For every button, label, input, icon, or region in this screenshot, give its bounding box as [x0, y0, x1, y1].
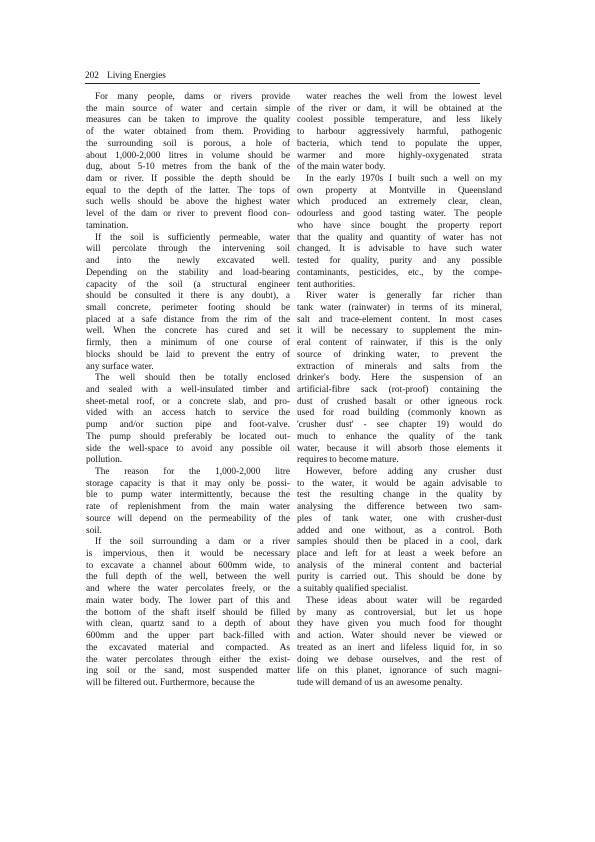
- text-line: the main source of water and certain sim…: [86, 104, 290, 116]
- text-line: tude will demand of us an awesome penalt…: [297, 678, 502, 690]
- text-line: 600mm and the upper part back-filled wit…: [86, 631, 290, 643]
- text-line: and into the newly excavated well.: [86, 256, 290, 268]
- text-line: of the water obtained from them. Providi…: [86, 127, 290, 139]
- text-line: and sealed with a well-insulated timber …: [86, 385, 290, 397]
- paragraph: However, before adding any crusher dustt…: [297, 467, 502, 596]
- paragraph: If the soil is sufficiently permeable, w…: [86, 233, 290, 374]
- paragraph: water reaches the well from the lowest l…: [297, 92, 502, 174]
- text-line: who have since bought the property repor…: [297, 221, 502, 233]
- text-line: doing we debase ourselves, and the rest …: [297, 655, 502, 667]
- text-line: In the early 1970s I built such a well o…: [297, 174, 502, 186]
- text-line: bacteria, which tend to populate the upp…: [297, 139, 502, 151]
- text-line: warmer and more highly-oxygenated strata: [297, 151, 502, 163]
- text-line: the water percolates through either the …: [86, 655, 290, 667]
- text-line: blocks should be laid to prevent the ent…: [86, 350, 290, 362]
- text-line: If the soil is sufficiently permeable, w…: [86, 233, 290, 245]
- text-line: about 1,000-2,000 litres in volume shoul…: [86, 151, 290, 163]
- text-line: which produced an extremely clear, clean…: [297, 197, 502, 209]
- text-line: eral content of rainwater, if this is th…: [297, 338, 502, 350]
- text-line: much to enhance the quality of the tank: [297, 432, 502, 444]
- text-line: small concrete, perimeter footing should…: [86, 303, 290, 315]
- text-line: The reason for the 1,000-2,000 litre: [86, 467, 290, 479]
- text-line: of the main water body.: [297, 162, 502, 174]
- text-line: placed at a safe distance from the rim o…: [86, 315, 290, 327]
- text-line: Depending on the stability and load-bear…: [86, 268, 290, 280]
- page-number: 202: [85, 70, 99, 80]
- paragraph: In the early 1970s I built such a well o…: [297, 174, 502, 291]
- text-line: analysis of the mineral content and bact…: [297, 561, 502, 573]
- text-line: and action. Water should never be viewed…: [297, 631, 502, 643]
- text-line: contaminants, pesticides, etc., by the c…: [297, 268, 502, 280]
- text-line: will be filtered out. Furthermore, becau…: [86, 678, 290, 690]
- text-line: odourless and good tasting water. The pe…: [297, 209, 502, 221]
- text-line: coolest possible temperature, and less l…: [297, 115, 502, 127]
- text-line: that the quality and quantity of water h…: [297, 233, 502, 245]
- text-line: own property at Montville in Queensland: [297, 186, 502, 198]
- paragraph: The well should then be totally enclosed…: [86, 373, 290, 467]
- text-line: to harbour aggressively harmful, pathoge…: [297, 127, 502, 139]
- text-line: artificial-fibre sack (rot-proof) contai…: [297, 385, 502, 397]
- text-line: analysing the difference between two sam…: [297, 502, 502, 514]
- text-line: rate of replenishment from the main wate…: [86, 502, 290, 514]
- text-line: However, before adding any crusher dust: [297, 467, 502, 479]
- text-line: capacity of the soil (a structural engin…: [86, 280, 290, 292]
- text-line: main water body. The lower part of this …: [86, 596, 290, 608]
- text-line: is impervious, then it would be necessar…: [86, 549, 290, 561]
- text-line: well. When the concrete has cured and se…: [86, 326, 290, 338]
- text-line: storage capacity is that it may only be …: [86, 479, 290, 491]
- text-line: level of the dam or river to prevent flo…: [86, 209, 290, 221]
- text-line: These ideas about water will be regarded: [297, 596, 502, 608]
- running-header: 202 Living Energies: [85, 70, 480, 84]
- right-column: water reaches the well from the lowest l…: [297, 92, 502, 690]
- text-line: tent authorities.: [297, 280, 502, 292]
- text-line: dust of crushed basalt or other igneous …: [297, 397, 502, 409]
- text-line: source of drinking water, to prevent the: [297, 350, 502, 362]
- text-line: source will depend on the permeability o…: [86, 514, 290, 526]
- text-line: measures can be taken to improve the qua…: [86, 115, 290, 127]
- text-line: ble to pump water intermittently, becaus…: [86, 490, 290, 502]
- text-line: tamination.: [86, 221, 290, 233]
- text-line: pollution.: [86, 455, 290, 467]
- text-line: dug, about 5-10 metres from the bank of …: [86, 162, 290, 174]
- paragraph: If the soil surrounding a dam or a river…: [86, 537, 290, 689]
- left-column: For many people, dams or rivers providet…: [86, 92, 290, 690]
- running-title: Living Energies: [107, 70, 166, 80]
- text-line: tested for quality, purity and any possi…: [297, 256, 502, 268]
- text-line: place and left for at least a week befor…: [297, 549, 502, 561]
- text-line: the excavated material and compacted. As: [86, 643, 290, 655]
- paragraph: The reason for the 1,000-2,000 litrestor…: [86, 467, 290, 537]
- text-line: the bottom of the shaft itself should be…: [86, 608, 290, 620]
- text-line: water, because it will absorb those elem…: [297, 444, 502, 456]
- text-line: requires to become mature.: [297, 455, 502, 467]
- paragraph: These ideas about water will be regarded…: [297, 596, 502, 690]
- text-line: firmly, then a minimum of one course of: [86, 338, 290, 350]
- text-line: If the soil surrounding a dam or a river: [86, 537, 290, 549]
- text-line: test the resulting change in the quality…: [297, 490, 502, 502]
- text-line: For many people, dams or rivers provide: [86, 92, 290, 104]
- text-line: The pump should preferably be located ou…: [86, 432, 290, 444]
- text-line: ples of tank water, one with crusher-dus…: [297, 514, 502, 526]
- text-line: used for road building (commonly known a…: [297, 408, 502, 420]
- text-line: equal to the depth of the latter. The to…: [86, 186, 290, 198]
- text-line: the full depth of the well, between the …: [86, 572, 290, 584]
- text-line: side the well-space to avoid any possibl…: [86, 444, 290, 456]
- text-line: ing soil or the sand, most suspended mat…: [86, 666, 290, 678]
- text-line: water reaches the well from the lowest l…: [297, 92, 502, 104]
- text-line: with clean, quartz sand to a depth of ab…: [86, 619, 290, 631]
- text-line: the surrounding soil is porous, a hole o…: [86, 139, 290, 151]
- text-line: vided with an access hatch to service th…: [86, 408, 290, 420]
- text-line: such wells should be above the highest w…: [86, 197, 290, 209]
- paragraph: River water is generally far richer than…: [297, 291, 502, 467]
- text-line: drinker's body. Here the suspension of a…: [297, 373, 502, 385]
- text-line: samples should then be placed in a cool,…: [297, 537, 502, 549]
- text-line: of the river or dam, it will be obtained…: [297, 104, 502, 116]
- text-line: added and one without, as a control. Bot…: [297, 526, 502, 538]
- text-line: a suitably qualified specialist.: [297, 584, 502, 596]
- text-line: to excavate a channel about 600mm wide, …: [86, 561, 290, 573]
- text-line: dam or river. If possible the depth shou…: [86, 174, 290, 186]
- text-line: pump and/or suction pipe and foot-valve.: [86, 420, 290, 432]
- text-line: purity is carried out. This should be do…: [297, 572, 502, 584]
- text-line: and where the water percolates freely, o…: [86, 584, 290, 596]
- text-line: will percolate through the intervening s…: [86, 244, 290, 256]
- text-line: River water is generally far richer than: [297, 291, 502, 303]
- text-line: salt and trace-element content. In most …: [297, 315, 502, 327]
- text-line: sheet-metal roof, or a concrete slab, an…: [86, 397, 290, 409]
- text-line: any surface water.: [86, 362, 290, 374]
- text-line: 'crusher dust' - see chapter 19) would d…: [297, 420, 502, 432]
- text-line: treated as an inert and lifeless liquid …: [297, 643, 502, 655]
- text-line: by many as controversial, but let us hop…: [297, 608, 502, 620]
- text-line: should be consulted it there is any doub…: [86, 291, 290, 303]
- text-line: tank water (rainwater) in terms of its m…: [297, 303, 502, 315]
- text-line: life on this planet, ignorance of such m…: [297, 666, 502, 678]
- text-line: soil.: [86, 526, 290, 538]
- text-line: extraction of minerals and salts from th…: [297, 362, 502, 374]
- text-line: changed. It is advisable to have such wa…: [297, 244, 502, 256]
- text-line: they have given you much food for though…: [297, 619, 502, 631]
- text-line: it will be necessary to supplement the m…: [297, 326, 502, 338]
- text-line: to the water, it would be again advisabl…: [297, 479, 502, 491]
- paragraph: For many people, dams or rivers providet…: [86, 92, 290, 233]
- text-line: The well should then be totally enclosed: [86, 373, 290, 385]
- book-page: 202 Living Energies For many people, dam…: [0, 0, 595, 842]
